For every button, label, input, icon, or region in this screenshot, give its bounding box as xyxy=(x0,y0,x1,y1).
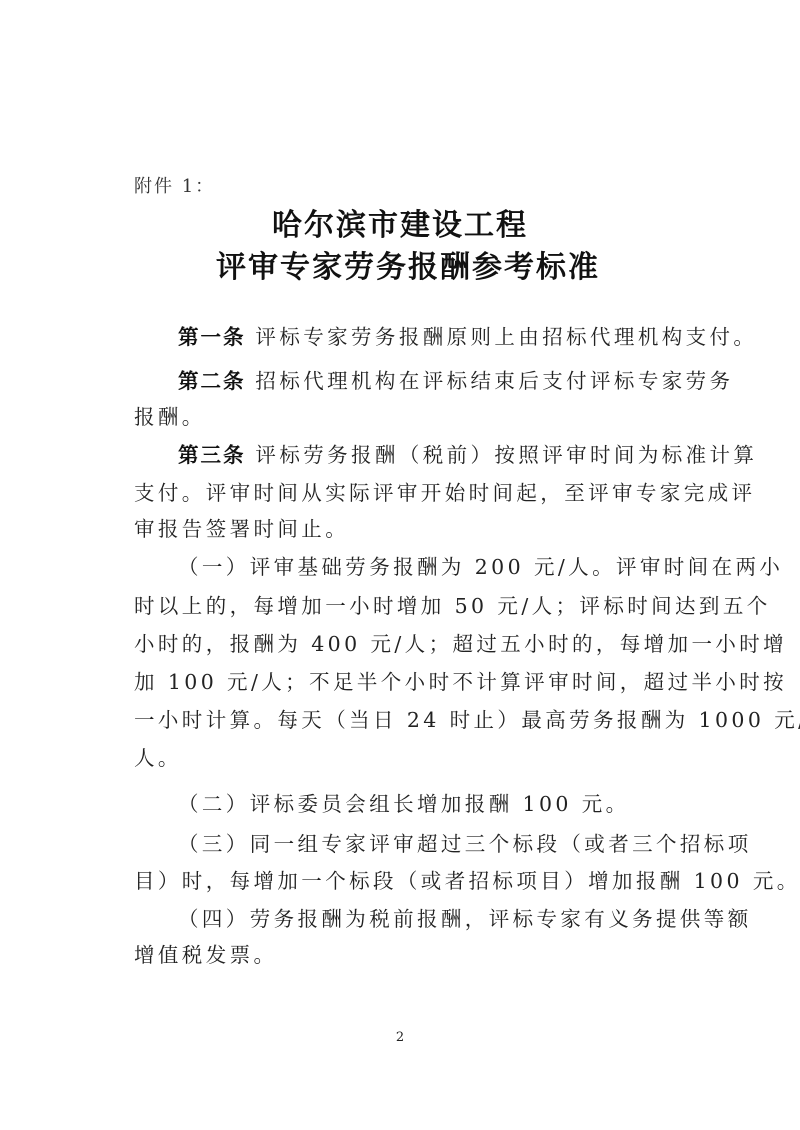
article-text: 支付。评审时间从实际评审开始时间起，至评审专家完成评 xyxy=(134,476,674,506)
article-text: 招标代理机构在评标结束后支付评标专家劳务 xyxy=(255,369,733,393)
clause-1-line: （一）评审基础劳务报酬为 200 元/人。评审时间在两小 xyxy=(134,550,718,580)
document-title-line2: 评审专家劳务报酬参考标准 xyxy=(8,242,800,286)
clause-1-line: 小时的，报酬为 400 元/人；超过五小时的，每增加一小时增 xyxy=(134,627,674,657)
clause-1-line: 时以上的，每增加一小时增加 50 元/人；评标时间达到五个 xyxy=(134,589,674,619)
clause-2-line: （二）评标委员会组长增加报酬 100 元。 xyxy=(134,787,718,817)
clause-4-line: 增值税发票。 xyxy=(134,938,674,968)
article-heading: 第一条 xyxy=(178,325,246,349)
article-3: 第三条 评标劳务报酬（税前）按照评审时间为标准计算 xyxy=(134,438,718,468)
clause-4-line: （四）劳务报酬为税前报酬，评标专家有义务提供等额 xyxy=(134,902,718,932)
article-text: 评标劳务报酬（税前）按照评审时间为标准计算 xyxy=(255,443,757,467)
clause-1-line: 加 100 元/人；不足半个小时不计算评审时间，超过半小时按 xyxy=(134,665,674,695)
clause-1-line: 一小时计算。每天（当日 24 时止）最高劳务报酬为 1000 元/ xyxy=(134,703,674,733)
article-text: 审报告签署时间止。 xyxy=(134,512,674,542)
clause-3-line: 目）时，每增加一个标段（或者招标项目）增加报酬 100 元。 xyxy=(134,864,674,894)
article-1: 第一条 评标专家劳务报酬原则上由招标代理机构支付。 xyxy=(134,320,718,350)
article-text: 评标专家劳务报酬原则上由招标代理机构支付。 xyxy=(255,325,757,349)
clause-1-line: 人。 xyxy=(134,741,674,771)
clause-3-line: （三）同一组专家评审超过三个标段（或者三个招标项 xyxy=(134,827,718,857)
attachment-label: 附件 1： xyxy=(134,172,215,198)
article-heading: 第三条 xyxy=(178,443,246,467)
article-text: 报酬。 xyxy=(134,400,674,430)
document-title-line1: 哈尔滨市建设工程 xyxy=(0,200,800,244)
page-number: 2 xyxy=(0,1030,800,1045)
article-heading: 第二条 xyxy=(178,369,246,393)
article-2: 第二条 招标代理机构在评标结束后支付评标专家劳务 xyxy=(134,364,718,394)
